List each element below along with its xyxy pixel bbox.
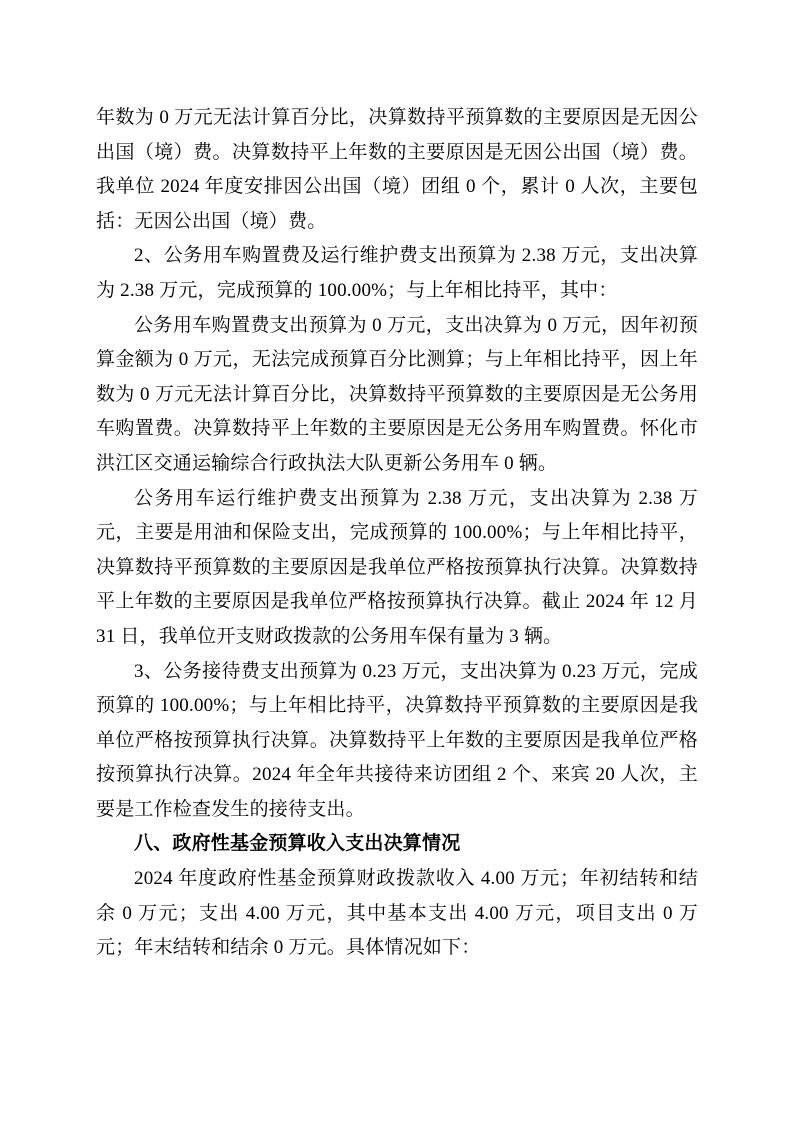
paragraph-vehicle-total: 2、公务用车购置费及运行维护费支出预算为 2.38 万元，支出决算为 2.38 …	[96, 239, 698, 308]
document-page: 年数为 0 万元无法计算百分比，决算数持平预算数的主要原因是无因公出国（境）费。…	[0, 0, 793, 1122]
paragraph-official-reception: 3、公务接待费支出预算为 0.23 万元，支出决算为 0.23 万元，完成预算的…	[96, 655, 698, 828]
paragraph-vehicle-maintenance: 公务用车运行维护费支出预算为 2.38 万元，支出决算为 2.38 万元，主要是…	[96, 482, 698, 655]
section-heading-government-fund-budget: 八、政府性基金预算收入支出决算情况	[96, 827, 698, 862]
paragraph-vehicle-purchase: 公务用车购置费支出预算为 0 万元，支出决算为 0 万元，因年初预算金额为 0 …	[96, 309, 698, 482]
paragraph-foreign-travel-continued: 年数为 0 万元无法计算百分比，决算数持平预算数的主要原因是无因公出国（境）费。…	[96, 101, 698, 239]
paragraph-government-fund-summary: 2024 年度政府性基金预算财政拨款收入 4.00 万元；年初结转和结余 0 万…	[96, 862, 698, 966]
